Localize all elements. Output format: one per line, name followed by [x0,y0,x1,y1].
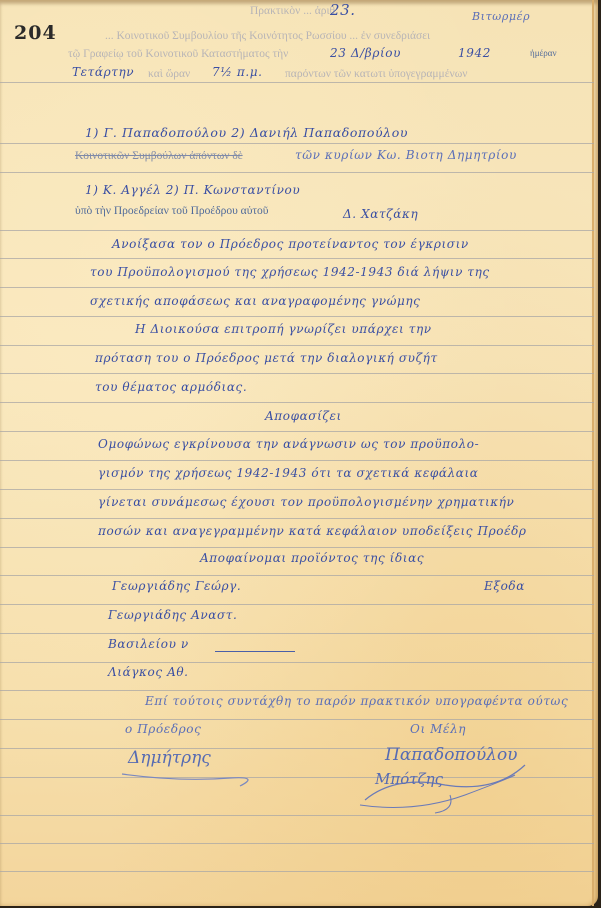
ruled-line [0,402,594,403]
decision-line: ποσών και αναγεγραμμένην κατά κεφάλαιον … [98,524,527,538]
ruled-line [0,82,594,83]
president-signature: Δημήτρης [128,748,211,768]
decision-line: γισμόν της χρήσεως 1942-1943 ότι τα σχετ… [98,466,478,480]
ruled-line [0,662,594,663]
ruled-line [0,172,594,173]
ruled-line [0,815,594,816]
ruled-line [0,871,594,872]
ruled-line [0,575,594,576]
body-line: Ανοίξασα τον ο Πρόεδρος προτείναντος τον… [112,237,469,251]
minutes-number: 23. [330,1,356,19]
ruled-line [0,230,594,231]
margin-line [592,0,594,906]
ruled-line [0,431,594,432]
decision-line: Ομοφώνως εγκρίνουσα την ανάγνωσιν ως τον… [98,437,479,451]
header-printed-hour-label: καὶ ὥραν [148,68,190,80]
ruled-line [0,633,594,634]
underline-mark [215,651,295,652]
header-printed-line1: Πρακτικὸν ... ἀριθ. [250,5,338,17]
ruled-line [0,258,594,259]
printed-absent-label: Κοινοτικῶν Συμβούλων ἀπόντων δὲ [75,150,243,162]
absent-members-line2: 1) Κ. Αγγέλ 2) Π. Κωνσταντίνου [85,183,300,197]
president-title: ο Πρόεδρος [125,722,201,736]
present-members: 1) Γ. Παπαδοπούλου 2) Δανιήλ Παπαδοπούλο… [85,125,408,140]
header-printed-line2: ... Κοινοτικοῦ Συμβουλίου τῆς Κοινότητος… [105,30,430,42]
header-printed-day-label: ἡμέραν [530,48,557,58]
body-line: σχετικής αποφάσεως και αναγραφομένης γνώ… [90,294,420,308]
printed-absent-text: Κοινοτικῶν Συμβούλων ἀπόντων δὲ [75,150,243,162]
ruled-line [0,690,594,691]
member-name: Λιάγκος Αθ. [108,665,189,679]
member-note: Εξοδα [484,579,525,593]
absent-members: τῶν κυρίων Κω. Βιοτη Δημητρίου [295,148,517,162]
members-title: Οι Μέλη [410,722,466,736]
header-right-note: Βιτωρμέρ [472,10,530,23]
member-name: Γεωργιάδης Γεώργ. [112,579,241,593]
body-line: του Προϋπολογισμού της χρήσεως 1942-1943… [90,265,490,279]
meeting-year: 1942 [458,46,491,60]
ruled-line [0,489,594,490]
ruled-line [0,287,594,288]
ruled-line [0,547,594,548]
ruled-line [0,143,594,144]
ruled-line [0,719,594,720]
decision-heading: Αποφασίζει [265,409,342,423]
meeting-time: 7½ π.μ. [212,65,263,79]
header-printed-line3: τῷ Γραφείῳ τοῦ Κοινοτικοῦ Καταστήματος τ… [68,48,288,60]
member-name: Βασιλείου ν [108,637,189,651]
ruled-line [0,460,594,461]
body-line: του θέματος αρμόδιας. [95,380,247,394]
body-line: πρόταση του ο Πρόεδρος μετά την διαλογικ… [95,351,438,365]
printed-presidency-label: ὑπὸ τὴν Προεδρείαν τοῦ Προέδρου αὐτοῦ [75,205,268,217]
ruled-line [0,316,594,317]
meeting-date: 23 Δ/βρίου [330,46,401,60]
closing-line: Επί τούτοις συντάχθη το παρόν πρακτικόν … [145,694,568,708]
page-number: 204 [14,22,57,44]
member-signature-2: Μπότζης [375,770,443,788]
ruled-line [0,604,594,605]
ruled-line [0,373,594,374]
decision-line: γίνεται συνάμεσως έχουσι τον προϋπολογισ… [98,495,514,509]
header-printed-present-label: παρόντων τῶν κατωτι ὑπογεγραμμένων [285,68,468,80]
member-name: Γεωργιάδης Αναστ. [108,608,237,622]
ruled-line [0,345,594,346]
body-line: Η Διοικούσα επιτροπή γνωρίζει υπάρχει τη… [135,322,432,336]
meeting-weekday: Τετάρτην [72,65,134,79]
ruled-line [0,843,594,844]
president-name: Δ. Χατζάκη [343,207,418,221]
ruled-line [0,518,594,519]
decision-line: Αποφαίνομαι προϊόντος της ίδιας [200,551,424,565]
signature-flourish [120,768,260,788]
ledger-page: 204 Πρακτικὸν ... ἀριθ. 23. Βιτωρμέρ ...… [0,0,598,906]
